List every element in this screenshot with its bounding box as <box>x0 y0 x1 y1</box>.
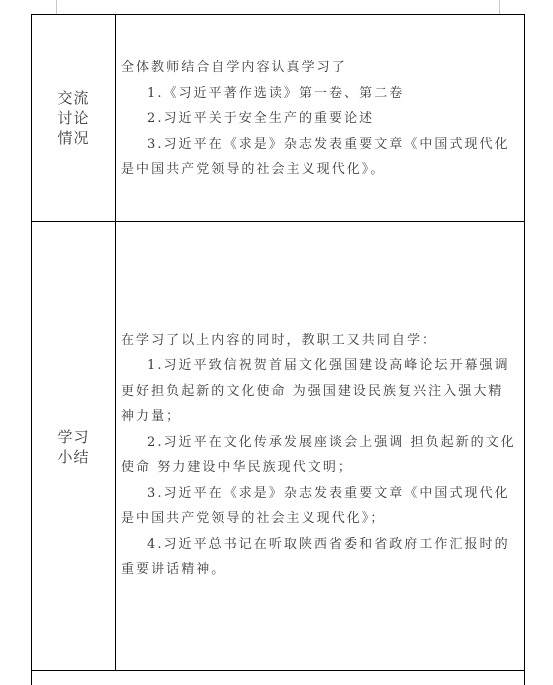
paragraph-item-1: 1.习近平致信祝贺首届文化强国建设高峰论坛开幕强调更好担负起新的文化使命 为强国… <box>121 353 518 430</box>
paragraph-item-3: 3.习近平在《求是》杂志发表重要文章《中国式现代化是中国共产党领导的社会主义现代… <box>121 132 518 183</box>
margin-guide-right <box>499 0 500 14</box>
paragraph-item-3: 3.习近平在《求是》杂志发表重要文章《中国式现代化是中国共产党领导的社会主义现代… <box>121 481 518 532</box>
paragraph-item-2: 2.习近平在文化传承发展座谈会上强调 担负起新的文化使命 努力建设中华民族现代文… <box>121 430 518 481</box>
row-label-cell: 学习 小结 <box>32 222 116 671</box>
paragraph-intro: 在学习了以上内容的同时，教职工又共同自学： <box>121 328 518 354</box>
row-content-cell[interactable]: 在学习了以上内容的同时，教职工又共同自学： 1.习近平致信祝贺首届文化强国建设高… <box>116 222 525 671</box>
label-line: 小结 <box>57 447 89 467</box>
discussion-content: 全体教师结合自学内容认真学习了 1.《习近平著作选读》第一卷、第二卷 2.习近平… <box>121 53 518 183</box>
row-label-cell: 交流 讨论 情况 <box>32 15 116 222</box>
next-row-cell[interactable] <box>32 671 525 685</box>
table-row-discussion: 交流 讨论 情况 全体教师结合自学内容认真学习了 1.《习近平著作选读》第一卷、… <box>32 15 525 222</box>
table-row-summary: 学习 小结 在学习了以上内容的同时，教职工又共同自学： 1.习近平致信祝贺首届文… <box>32 222 525 671</box>
summary-content: 在学习了以上内容的同时，教职工又共同自学： 1.习近平致信祝贺首届文化强国建设高… <box>121 310 518 583</box>
row-label-discussion: 交流 讨论 情况 <box>57 88 89 148</box>
table-row-next <box>32 671 525 685</box>
label-line: 学习 <box>57 427 89 447</box>
label-line: 情况 <box>57 128 89 148</box>
label-line: 交流 <box>57 88 89 108</box>
paragraph-intro: 全体教师结合自学内容认真学习了 <box>121 55 518 81</box>
margin-guide-left <box>56 0 57 14</box>
row-label-summary: 学习 小结 <box>57 427 89 467</box>
paragraph-item-1: 1.《习近平著作选读》第一卷、第二卷 <box>121 81 518 107</box>
label-line: 讨论 <box>57 108 89 128</box>
paragraph-item-4: 4.习近平总书记在听取陕西省委和省政府工作汇报时的重要讲话精神。 <box>121 532 518 583</box>
study-record-table: 交流 讨论 情况 全体教师结合自学内容认真学习了 1.《习近平著作选读》第一卷、… <box>31 14 525 685</box>
paragraph-item-2: 2.习近平关于安全生产的重要论述 <box>121 106 518 132</box>
row-content-cell[interactable]: 全体教师结合自学内容认真学习了 1.《习近平著作选读》第一卷、第二卷 2.习近平… <box>116 15 525 222</box>
